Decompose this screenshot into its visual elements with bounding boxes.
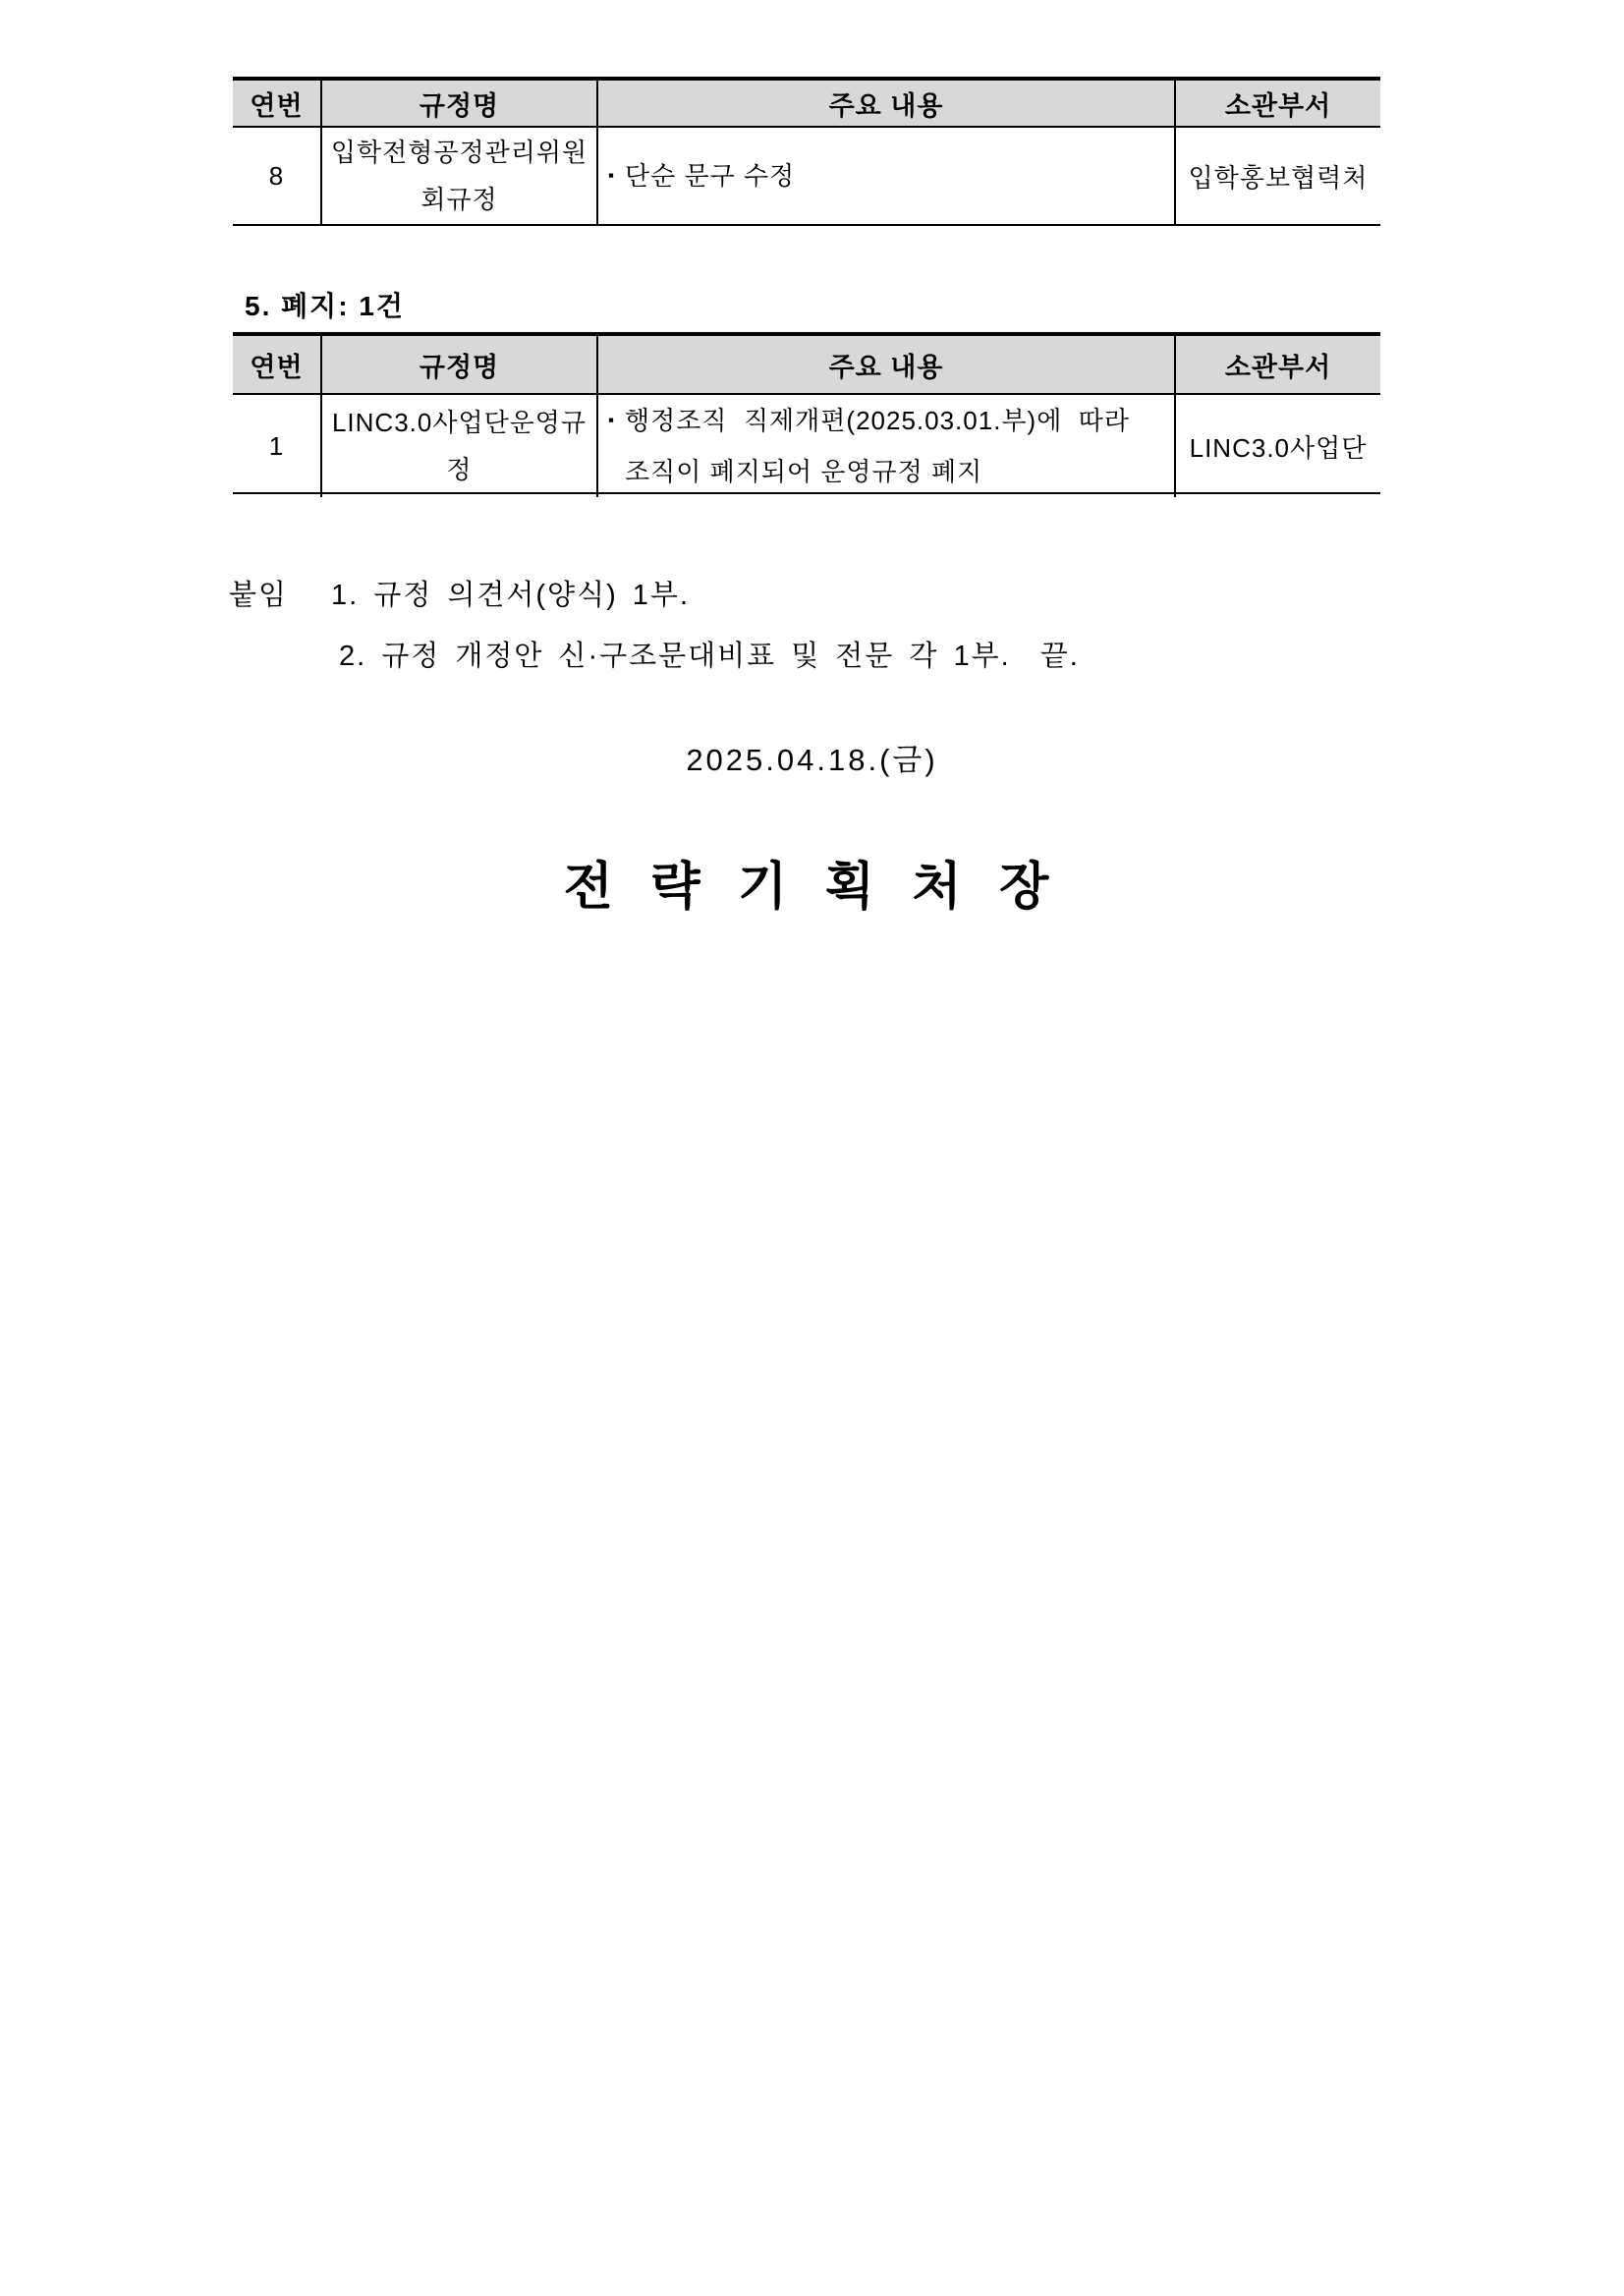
table-header-row: 연번 규정명 주요 내용 소관부서 <box>233 81 1380 128</box>
cell-regulation-name: 입학전형공정관리위원 회규정 <box>320 128 596 224</box>
header-no: 연번 <box>233 81 320 126</box>
regulation-table-amendment: 연번 규정명 주요 내용 소관부서 8 입학전형공정관리위원 회규정 ▪ 단순 … <box>233 77 1380 226</box>
content-text: 단순 문구 수정 <box>625 150 795 201</box>
cell-department: LINC3.0사업단 <box>1174 395 1380 497</box>
header-regulation-name: 규정명 <box>320 81 596 126</box>
header-regulation-name: 규정명 <box>320 336 596 393</box>
section-heading: 5. 폐지: 1건 <box>245 285 405 324</box>
header-department: 소관부서 <box>1174 336 1380 393</box>
attachment-line-1: 붙임 1. 규정 의견서(양식) 1부. <box>229 578 1080 639</box>
header-department: 소관부서 <box>1174 81 1380 126</box>
cell-no: 8 <box>233 128 320 224</box>
content-text: 행정조직 직제개편(2025.03.01.부)에 따라 조직이 폐지되어 운영규… <box>625 395 1130 497</box>
table-row: 8 입학전형공정관리위원 회규정 ▪ 단순 문구 수정 입학홍보협력처 <box>233 128 1380 224</box>
header-no: 연번 <box>233 336 320 393</box>
table-row: 1 LINC3.0사업단운영규 정 ▪ 행정조직 직제개편(2025.03.01… <box>233 395 1380 492</box>
attachment-item-1: 1. 규정 의견서(양식) 1부. <box>331 578 690 613</box>
attachments-block: 붙임 1. 규정 의견서(양식) 1부. 2. 규정 개정안 신·구조문대비표 … <box>229 578 1080 700</box>
header-main-content: 주요 내용 <box>596 336 1174 393</box>
document-page: 연번 규정명 주요 내용 소관부서 8 입학전형공정관리위원 회규정 ▪ 단순 … <box>0 0 1624 2296</box>
cell-no: 1 <box>233 395 320 497</box>
attachments-label: 붙임 <box>229 578 288 613</box>
header-main-content: 주요 내용 <box>596 81 1174 126</box>
square-bullet-icon: ▪ <box>608 150 615 201</box>
table-header-row: 연번 규정명 주요 내용 소관부서 <box>233 336 1380 395</box>
square-bullet-icon: ▪ <box>608 395 615 446</box>
cell-department: 입학홍보협력처 <box>1174 128 1380 224</box>
cell-main-content: ▪ 행정조직 직제개편(2025.03.01.부)에 따라 조직이 폐지되어 운… <box>596 395 1174 497</box>
attachment-line-2: 2. 규정 개정안 신·구조문대비표 및 전문 각 1부. 끝. <box>229 639 1080 700</box>
cell-main-content: ▪ 단순 문구 수정 <box>596 128 1174 224</box>
cell-regulation-name: LINC3.0사업단운영규 정 <box>320 395 596 497</box>
attachment-item-2: 2. 규정 개정안 신·구조문대비표 및 전문 각 1부. 끝. <box>339 639 1080 674</box>
document-date: 2025.04.18.(금) <box>0 735 1624 779</box>
signer-title: 전 략 기 획 처 장 <box>0 845 1624 919</box>
regulation-table-abolition: 연번 규정명 주요 내용 소관부서 1 LINC3.0사업단운영규 정 ▪ 행정… <box>233 332 1380 494</box>
